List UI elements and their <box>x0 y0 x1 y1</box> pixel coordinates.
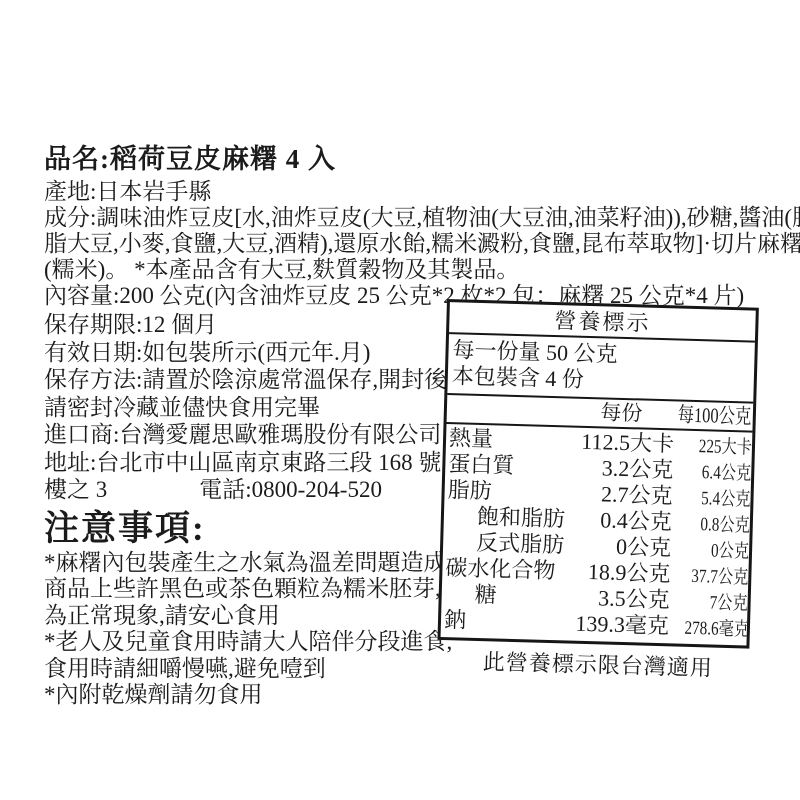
row-value-per-serving: 139.3毫克 <box>466 609 670 639</box>
address-phone-row: 樓之 3 電話:0800-204-520 <box>44 476 448 504</box>
row-value-per-100g: 0公克 <box>686 539 749 565</box>
row-label: 蛋白質 <box>448 452 515 478</box>
importer-line: 進口商:台灣愛麗思歐雅瑪股份有限公司 <box>44 421 448 449</box>
nutrition-footnote: 此營養標示限台灣適用 <box>437 644 750 684</box>
col-header-per-100g: 每100公克 <box>677 402 751 428</box>
nutrition-rows: 熱量 112.5大卡 225大卡 蛋白質 3.2公克 6.4公克 脂肪 2.7公… <box>441 424 753 645</box>
row-value-per-serving: 0公克 <box>564 533 672 560</box>
notice-line-3: 為正常現象,請安心食用 <box>44 603 448 630</box>
row-value-per-serving: 2.7公克 <box>491 479 673 508</box>
food-label-sheet: 品名:稻荷豆皮麻糬 4 入 產地:日本岩手縣 成分:調味油炸豆皮[水,油炸豆皮(… <box>0 0 800 800</box>
notice-line-4: *老人及兒童食用時請大人陪伴分段進食, <box>44 629 448 656</box>
notice-line-1: *麻糬內包裝產生之水氣為溫差問題造成, <box>44 550 448 577</box>
ingredients-line-2: 脂大豆,小麥,食鹽,大豆,酒精),還原水飴,糯米澱粉,食鹽,昆布萃取物]·切片麻… <box>44 231 760 257</box>
nutrition-table: 營養標示 每一份量 50 公克 本包裝含 4 份 每份 每100公克 熱量 11… <box>437 299 758 649</box>
phone-number: 電話:0800-204-520 <box>199 476 382 504</box>
row-value-per-100g: 5.4公克 <box>688 487 751 513</box>
notice-title: 注意事項: <box>44 508 448 550</box>
row-value-per-serving: 112.5大卡 <box>493 427 675 456</box>
ingredients-line-1: 成分:調味油炸豆皮[水,油炸豆皮(大豆,植物油(大豆油,油菜籽油)),砂糖,醬油… <box>44 205 760 231</box>
row-value-per-serving: 0.4公克 <box>565 507 673 534</box>
notice-line-5: 食用時請細嚼慢嚥,避免噎到 <box>44 656 448 683</box>
row-label: 脂肪 <box>447 478 492 503</box>
address-line-1: 地址:台北市中山區南京東路三段 168 號 9 <box>44 449 448 477</box>
nutrition-block: 營養標示 每一份量 50 公克 本包裝含 4 份 每份 每100公克 熱量 11… <box>437 299 759 684</box>
row-label: 糖 <box>444 582 497 607</box>
notice-line-2: 商品上些許黑色或茶色顆粒為糯米胚芽,均 <box>44 576 448 603</box>
address-line-2: 樓之 3 <box>44 476 107 504</box>
shelf-life-line: 保存期限:12 個月 <box>44 311 448 339</box>
product-info-block: 品名:稻荷豆皮麻糬 4 入 產地:日本岩手縣 成分:調味油炸豆皮[水,油炸豆皮(… <box>44 140 760 309</box>
ingredients-line-3: (糯米)。 *本產品含有大豆,麩質穀物及其製品。 <box>44 257 760 283</box>
row-label: 飽和脂肪 <box>447 504 566 531</box>
expiry-line: 有效日期:如包裝所示(西元年.月) <box>44 339 448 367</box>
row-value-per-100g: 278.6毫克 <box>684 617 747 643</box>
row-label: 碳水化合物 <box>445 556 556 583</box>
row-value-per-100g: 7公克 <box>685 591 748 617</box>
notice-line-6: *內附乾燥劑請勿食用 <box>44 682 448 709</box>
origin-line: 產地:日本岩手縣 <box>44 178 760 205</box>
row-label: 反式脂肪 <box>446 530 565 557</box>
row-label: 熱量 <box>449 426 494 451</box>
serving-info: 每一份量 50 公克 本包裝含 4 份 <box>447 334 755 404</box>
col-header-per-serving: 每份 <box>600 400 643 425</box>
row-label: 鈉 <box>444 608 467 633</box>
row-value-per-serving: 3.5公克 <box>496 584 670 613</box>
row-value-per-100g: 225大卡 <box>689 435 752 461</box>
storage-method-line-1: 保存方法:請置於陰涼處常溫保存,開封後 <box>44 366 448 394</box>
row-value-per-100g: 37.7公克 <box>686 565 749 591</box>
row-value-per-100g: 0.8公克 <box>687 513 750 539</box>
product-name: 品名:稻荷豆皮麻糬 4 入 <box>44 140 760 178</box>
storage-method-line-2: 請密封冷藏並儘快食用完畢 <box>44 394 448 422</box>
storage-importer-block: 保存期限:12 個月 有效日期:如包裝所示(西元年.月) 保存方法:請置於陰涼處… <box>44 311 448 709</box>
row-value-per-serving: 3.2公克 <box>514 454 674 482</box>
row-value-per-serving: 18.9公克 <box>555 559 671 586</box>
row-value-per-100g: 6.4公克 <box>689 461 752 487</box>
